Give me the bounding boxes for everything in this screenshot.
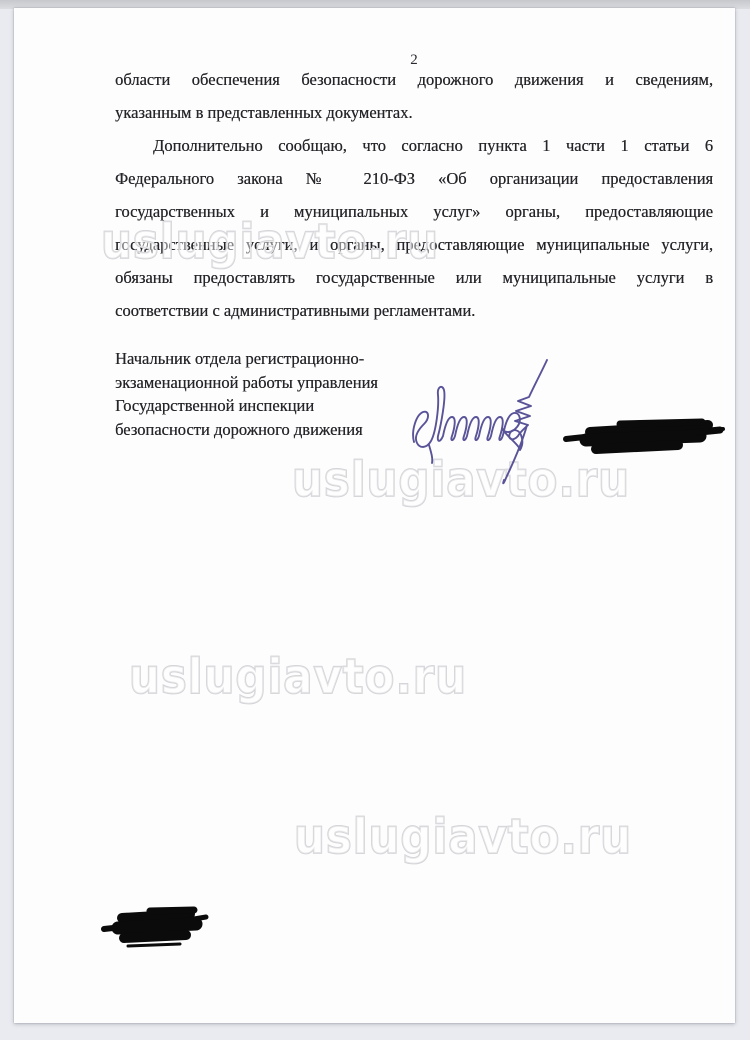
signatory-title-line: безопасности дорожного движения — [115, 418, 435, 442]
watermark-text: uslugiavto.ru — [125, 646, 475, 716]
watermark-text: uslugiavto.ru — [290, 806, 640, 876]
watermark-text: uslugiavto.ru — [97, 211, 447, 281]
svg-text:uslugiavto.ru: uslugiavto.ru — [294, 809, 632, 865]
body-line: соответствии с административными регламе… — [115, 294, 713, 327]
signatory-title-block: Начальник отдела регистрационно- экзамен… — [115, 347, 435, 441]
signatory-title-line: экзаменационной работы управления — [115, 371, 435, 395]
svg-text:uslugiavto.ru: uslugiavto.ru — [129, 649, 467, 705]
signatory-title-line: Начальник отдела регистрационно- — [115, 347, 435, 371]
signature-scribble — [390, 345, 560, 505]
body-line: указанным в представленных документах. — [115, 96, 713, 129]
body-line: области обеспечения безопасности дорожно… — [115, 63, 713, 96]
document-page: 2 области обеспечения безопасности дорож… — [14, 8, 735, 1023]
redaction-mark — [560, 412, 725, 462]
svg-text:uslugiavto.ru: uslugiavto.ru — [101, 214, 439, 270]
body-line: Федерального закона № 210-ФЗ «Об организ… — [115, 162, 713, 195]
redaction-mark — [98, 898, 218, 956]
body-text: области обеспечения безопасности дорожно… — [115, 63, 713, 327]
body-line: Дополнительно сообщаю, что согласно пунк… — [115, 129, 713, 162]
signatory-title-line: Государственной инспекции — [115, 394, 435, 418]
